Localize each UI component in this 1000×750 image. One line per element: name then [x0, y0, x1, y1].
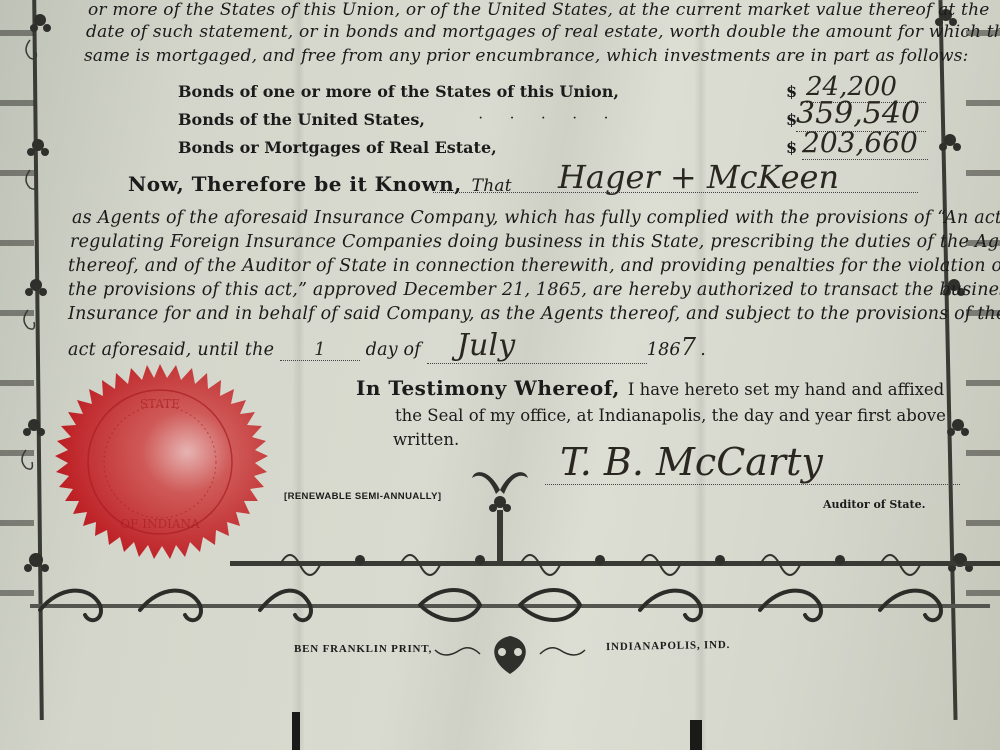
intro-line: date of such statement, or in bonds and …	[86, 22, 1000, 42]
expiry-year-prefix: 186	[647, 340, 681, 360]
paper-tear-left	[292, 712, 300, 750]
seal-inscription-top: STATE	[140, 397, 180, 411]
seal-inscription-bottom: OF INDIANA	[120, 517, 200, 531]
expiry-day: 1	[314, 340, 325, 360]
investment-amount: 203,660	[802, 126, 928, 160]
body-line: regulating Foreign Insurance Companies d…	[70, 232, 1000, 252]
expiry-month-field: July	[427, 328, 647, 364]
expiry-day-field: 1	[280, 340, 360, 361]
expiry-year-suffix: 7	[681, 333, 696, 361]
proclamation-heading: Now, Therefore be it Known,	[128, 172, 462, 196]
testimony-text: I have hereto set my hand and affixed	[628, 380, 944, 399]
leader-dots: ·····	[478, 110, 635, 128]
testimony-line: the Seal of my office, at Indianapolis, …	[395, 406, 946, 425]
printer-location: INDIANAPOLIS, IND.	[606, 639, 730, 653]
proclamation-that: That	[472, 176, 512, 196]
testimony-heading: In Testimony Whereof,	[356, 376, 620, 400]
investment-currency: $	[786, 138, 797, 157]
expiry-line: act aforesaid, until the 1 day of July 1…	[68, 328, 706, 364]
center-flourish-ornament	[430, 630, 590, 680]
expiry-month: July	[457, 328, 516, 363]
expiry-prefix: act aforesaid, until the	[68, 340, 274, 360]
proclamation-row: Now, Therefore be it Known, That Hager +…	[128, 172, 928, 196]
expiry-day-of: day of	[366, 340, 421, 360]
testimony-line: In Testimony Whereof, I have hereto set …	[356, 376, 944, 400]
signature-line	[545, 484, 960, 485]
paper-tear-right	[690, 720, 702, 750]
investment-label: Bonds of one or more of the States of th…	[178, 82, 619, 101]
printer-name: BEN FRANKLIN PRINT,	[294, 643, 432, 655]
testimony-line: written.	[393, 430, 459, 449]
intro-line: or more of the States of this Union, or …	[88, 0, 990, 20]
body-line: as Agents of the aforesaid Insurance Com…	[72, 208, 1000, 228]
intro-line: same is mortgaged, and free from any pri…	[84, 46, 969, 66]
investment-label: Bonds of the United States,	[178, 110, 425, 129]
signature-title: Auditor of State.	[823, 498, 925, 511]
body-line: the provisions of this act,” approved De…	[68, 280, 1000, 300]
body-line: thereof, and of the Auditor of State in …	[68, 256, 1000, 276]
renewal-note: [RENEWABLE SEMI-ANNUALLY]	[284, 491, 441, 502]
agent-name-handwritten: Hager + McKeen	[558, 158, 839, 196]
body-line: Insurance for and in behalf of said Comp…	[68, 304, 1000, 324]
investment-label: Bonds or Mortgages of Real Estate,	[178, 138, 497, 157]
investment-row: Bonds or Mortgages of Real Estate, $ 203…	[178, 138, 948, 158]
lower-acanthus-scrolls	[0, 580, 1000, 630]
signature-handwritten: T. B. McCarty	[560, 440, 823, 484]
expiry-end: .	[700, 340, 706, 360]
